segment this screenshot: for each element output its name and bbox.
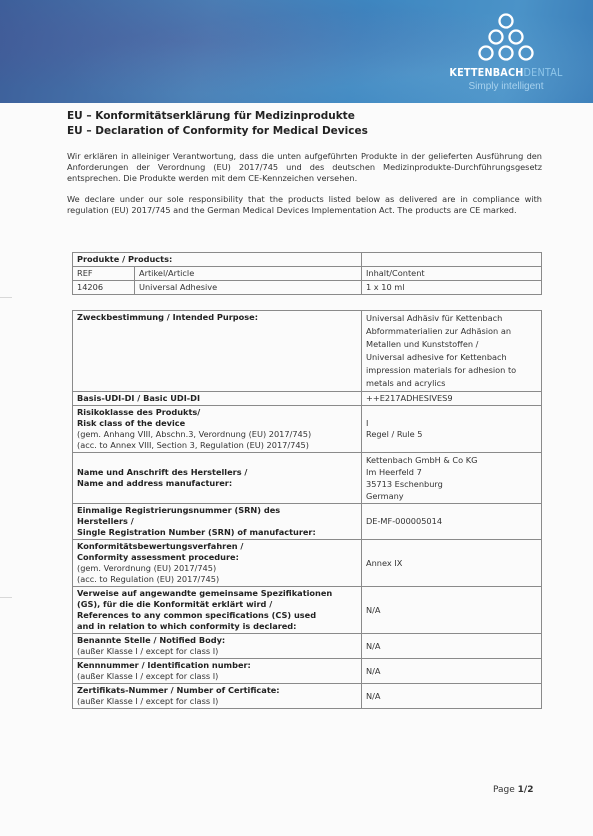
intro-german: Wir erklären in alleiniger Verantwortung… xyxy=(67,151,542,184)
details-table: Zweckbestimmung / Intended Purpose: Univ… xyxy=(72,310,542,709)
page-indicator: Page 1/2 xyxy=(493,785,533,795)
intro-english: We declare under our sole responsibility… xyxy=(67,194,542,216)
brand-name-light: DENTAL xyxy=(524,66,563,79)
srn-label-line: Single Registration Number (SRN) of manu… xyxy=(77,527,357,538)
srn-label-line: Einmalige Registrierungsnummer (SRN) des xyxy=(77,505,357,516)
label-basic-udi: Basis-UDI-DI / Basic UDI-DI xyxy=(73,392,362,406)
common-specs-label-line: and in relation to which conformity is d… xyxy=(77,621,357,632)
row-common-specs: Verweise auf angewandte gemeinsame Spezi… xyxy=(73,587,542,634)
title-english: EU – Declaration of Conformity for Medic… xyxy=(67,124,368,139)
notified-body-label: Benannte Stelle / Notified Body: xyxy=(77,635,357,646)
value-identification-number: N/A xyxy=(362,659,542,684)
cell-content: 1 x 10 ml xyxy=(362,281,542,295)
value-common-specs: N/A xyxy=(362,587,542,634)
srn-label-line: Herstellers / xyxy=(77,516,357,527)
certificate-note: (außer Klasse I / except for class I) xyxy=(77,696,357,707)
risk-note-en: (acc. to Annex VIII, Section 3, Regulati… xyxy=(77,440,357,451)
row-assessment: Konformitätsbewertungsverfahren / Confor… xyxy=(73,540,542,587)
cell-ref: 14206 xyxy=(73,281,135,295)
column-header-content: Inhalt/Content xyxy=(362,267,542,281)
assessment-note-de: (gem. Verordnung (EU) 2017/745) xyxy=(77,563,357,574)
row-intended-purpose: Zweckbestimmung / Intended Purpose: Univ… xyxy=(73,311,542,392)
label-identification-number: Kennnummer / Identification number: (auß… xyxy=(73,659,362,684)
margin-mark xyxy=(0,597,12,598)
column-header-ref: REF xyxy=(73,267,135,281)
manufacturer-label-de: Name und Anschrift des Herstellers / xyxy=(77,467,357,478)
page-label: Page xyxy=(493,785,518,795)
common-specs-label-line: (GS), für die die Konformität erklärt wi… xyxy=(77,599,357,610)
value-basic-udi: ++E217ADHESIVES9 xyxy=(362,392,542,406)
manufacturer-country: Germany xyxy=(366,490,537,502)
row-identification-number: Kennnummer / Identification number: (auß… xyxy=(73,659,542,684)
manufacturer-name: Kettenbach GmbH & Co KG xyxy=(366,454,537,466)
identification-note: (außer Klasse I / except for class I) xyxy=(77,671,357,682)
empty-cell xyxy=(362,253,542,267)
row-basic-udi: Basis-UDI-DI / Basic UDI-DI ++E217ADHESI… xyxy=(73,392,542,406)
purpose-line: Universal adhesive for Kettenbach xyxy=(366,351,537,364)
row-certificate-number: Zertifikats-Nummer / Number of Certifica… xyxy=(73,684,542,709)
purpose-line: Abformmaterialien zur Adhäsion an xyxy=(366,325,537,338)
value-assessment: Annex IX xyxy=(362,540,542,587)
risk-note-de: (gem. Anhang VIII, Abschn.3, Verordnung … xyxy=(77,429,357,440)
value-intended-purpose: Universal Adhäsiv für Kettenbach Abformm… xyxy=(362,311,542,392)
margin-mark xyxy=(0,297,12,298)
row-manufacturer: Name und Anschrift des Herstellers / Nam… xyxy=(73,453,542,504)
value-manufacturer: Kettenbach GmbH & Co KG Im Heerfeld 7 35… xyxy=(362,453,542,504)
purpose-line: Universal Adhäsiv für Kettenbach xyxy=(366,312,537,325)
cell-article: Universal Adhesive xyxy=(135,281,362,295)
row-risk-class: Risikoklasse des Produkts/ Risk class of… xyxy=(73,406,542,453)
risk-label-en: Risk class of the device xyxy=(77,418,357,429)
brand-name: KETTENBACHDENTAL xyxy=(449,66,563,79)
label-risk-class: Risikoklasse des Produkts/ Risk class of… xyxy=(73,406,362,453)
row-notified-body: Benannte Stelle / Notified Body: (außer … xyxy=(73,634,542,659)
value-notified-body: N/A xyxy=(362,634,542,659)
value-srn: DE-MF-000005014 xyxy=(362,504,542,540)
label-srn: Einmalige Registrierungsnummer (SRN) des… xyxy=(73,504,362,540)
purpose-line: metals and acrylics xyxy=(366,377,537,390)
products-table-title-row: Produkte / Products: xyxy=(73,253,542,267)
manufacturer-label-en: Name and address manufacturer: xyxy=(77,478,357,489)
table-row: 14206 Universal Adhesive 1 x 10 ml xyxy=(73,281,542,295)
label-manufacturer: Name und Anschrift des Herstellers / Nam… xyxy=(73,453,362,504)
assessment-label-de: Konformitätsbewertungsverfahren / xyxy=(77,541,357,552)
purpose-line: Metallen und Kunststoffen / xyxy=(366,338,537,351)
row-srn: Einmalige Registrierungsnummer (SRN) des… xyxy=(73,504,542,540)
notified-body-note: (außer Klasse I / except for class I) xyxy=(77,646,357,657)
products-table-title: Produkte / Products: xyxy=(73,253,362,267)
manufacturer-city: 35713 Eschenburg xyxy=(366,478,537,490)
brand-name-bold: KETTENBACH xyxy=(449,66,523,79)
header-banner: KETTENBACHDENTAL Simply intelligent xyxy=(0,0,593,103)
value-risk-class: I Regel / Rule 5 xyxy=(362,406,542,453)
six-rings-logo-icon xyxy=(476,12,536,64)
identification-label: Kennnummer / Identification number: xyxy=(77,660,357,671)
label-assessment: Konformitätsbewertungsverfahren / Confor… xyxy=(73,540,362,587)
common-specs-label-line: Verweise auf angewandte gemeinsame Spezi… xyxy=(77,588,357,599)
products-table-header-row: REF Artikel/Article Inhalt/Content xyxy=(73,267,542,281)
risk-class-value: I xyxy=(366,418,537,429)
assessment-label-en: Conformity assessment procedure: xyxy=(77,552,357,563)
label-intended-purpose: Zweckbestimmung / Intended Purpose: xyxy=(73,311,362,392)
value-certificate-number: N/A xyxy=(362,684,542,709)
purpose-line: impression materials for adhesion to xyxy=(366,364,537,377)
document-titles: EU – Konformitätserklärung für Medizinpr… xyxy=(67,109,368,139)
column-header-article: Artikel/Article xyxy=(135,267,362,281)
risk-rule-value: Regel / Rule 5 xyxy=(366,429,537,440)
common-specs-label-line: References to any common specifications … xyxy=(77,610,357,621)
assessment-note-en: (acc. to Regulation (EU) 2017/745) xyxy=(77,574,357,585)
manufacturer-street: Im Heerfeld 7 xyxy=(366,466,537,478)
title-german: EU – Konformitätserklärung für Medizinpr… xyxy=(67,109,368,124)
company-logo: KETTENBACHDENTAL Simply intelligent xyxy=(441,12,571,92)
page-number: 1/2 xyxy=(518,785,534,795)
risk-label-de: Risikoklasse des Produkts/ xyxy=(77,407,357,418)
certificate-label: Zertifikats-Nummer / Number of Certifica… xyxy=(77,685,357,696)
label-certificate-number: Zertifikats-Nummer / Number of Certifica… xyxy=(73,684,362,709)
label-notified-body: Benannte Stelle / Notified Body: (außer … xyxy=(73,634,362,659)
label-common-specs: Verweise auf angewandte gemeinsame Spezi… xyxy=(73,587,362,634)
brand-tagline: Simply intelligent xyxy=(441,81,571,92)
products-table: Produkte / Products: REF Artikel/Article… xyxy=(72,252,542,295)
